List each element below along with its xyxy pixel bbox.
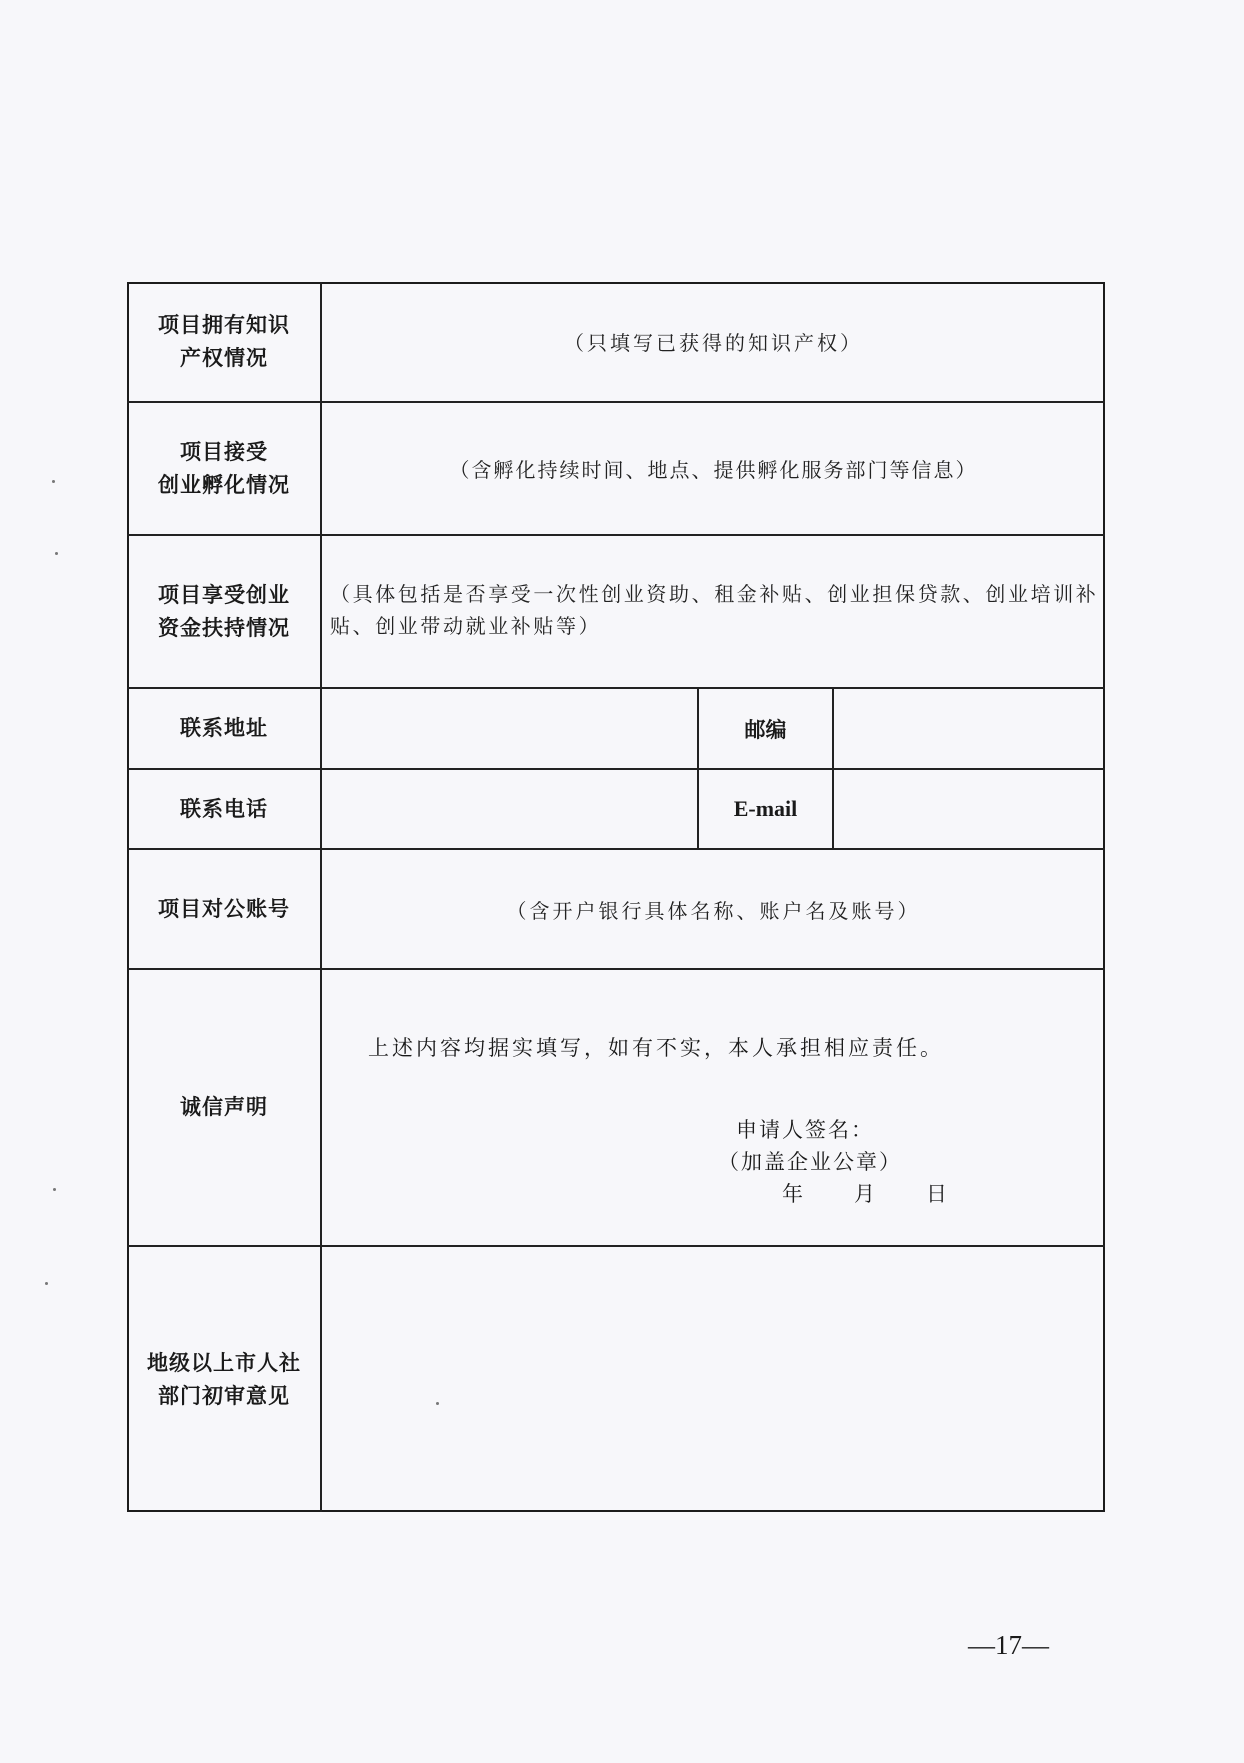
- scan-speck: [436, 1402, 439, 1405]
- integrity-statement-text: 上述内容均据实填写，如有不实，本人承担相应责任。: [368, 1032, 944, 1062]
- label-ip-status: 项目拥有知识 产权情况: [127, 282, 321, 401]
- preliminary-review-field[interactable]: [322, 1247, 1105, 1512]
- funding-support-hint: （具体包括是否享受一次性创业资助、租金补贴、创业担保贷款、创业培训补贴、创业带动…: [330, 582, 1098, 638]
- label-email: E-mail: [699, 770, 832, 848]
- date-day-label: 日: [926, 1178, 950, 1208]
- label-corporate-account: 项目对公账号: [127, 850, 321, 968]
- scan-speck: [53, 1188, 56, 1191]
- corporate-account-field[interactable]: （含开户银行具体名称、账户名及账号）: [322, 850, 1105, 968]
- label-incubation-status: 项目接受 创业孵化情况: [127, 403, 321, 534]
- scan-speck: [45, 1282, 48, 1285]
- label-preliminary-review: 地级以上市人社 部门初审意见: [127, 1247, 321, 1512]
- corporate-account-hint: （含开户银行具体名称、账户名及账号）: [507, 895, 921, 924]
- label-integrity-statement: 诚信声明: [127, 970, 321, 1245]
- incubation-status-hint: （含孵化持续时间、地点、提供孵化服务部门等信息）: [450, 454, 978, 483]
- scan-speck: [52, 480, 55, 483]
- email-field[interactable]: [834, 770, 1105, 848]
- label-contact-phone: 联系电话: [127, 770, 321, 848]
- ip-status-hint: （只填写已获得的知识产权）: [564, 327, 863, 356]
- postal-code-field[interactable]: [834, 689, 1105, 768]
- label-postal-code: 邮编: [699, 689, 832, 768]
- integrity-statement-area: 上述内容均据实填写，如有不实，本人承担相应责任。 申请人签名： （加盖企业公章）…: [322, 970, 1105, 1245]
- label-contact-address: 联系地址: [127, 689, 321, 768]
- funding-support-field[interactable]: （具体包括是否享受一次性创业资助、租金补贴、创业担保贷款、创业培训补贴、创业带动…: [330, 578, 1100, 678]
- scan-speck: [55, 552, 58, 555]
- signature-label[interactable]: 申请人签名：: [736, 1114, 874, 1144]
- incubation-status-field[interactable]: （含孵化持续时间、地点、提供孵化服务部门等信息）: [322, 403, 1105, 534]
- contact-phone-field[interactable]: [322, 770, 697, 848]
- label-funding-support: 项目享受创业 资金扶持情况: [127, 536, 321, 687]
- page-number: —17—: [968, 1630, 1049, 1661]
- contact-address-field[interactable]: [322, 689, 697, 768]
- date-month-label: 月: [854, 1178, 878, 1208]
- date-year-label: 年: [782, 1178, 806, 1208]
- ip-status-field[interactable]: （只填写已获得的知识产权）: [322, 282, 1105, 401]
- company-seal-note: （加盖企业公章）: [718, 1146, 902, 1176]
